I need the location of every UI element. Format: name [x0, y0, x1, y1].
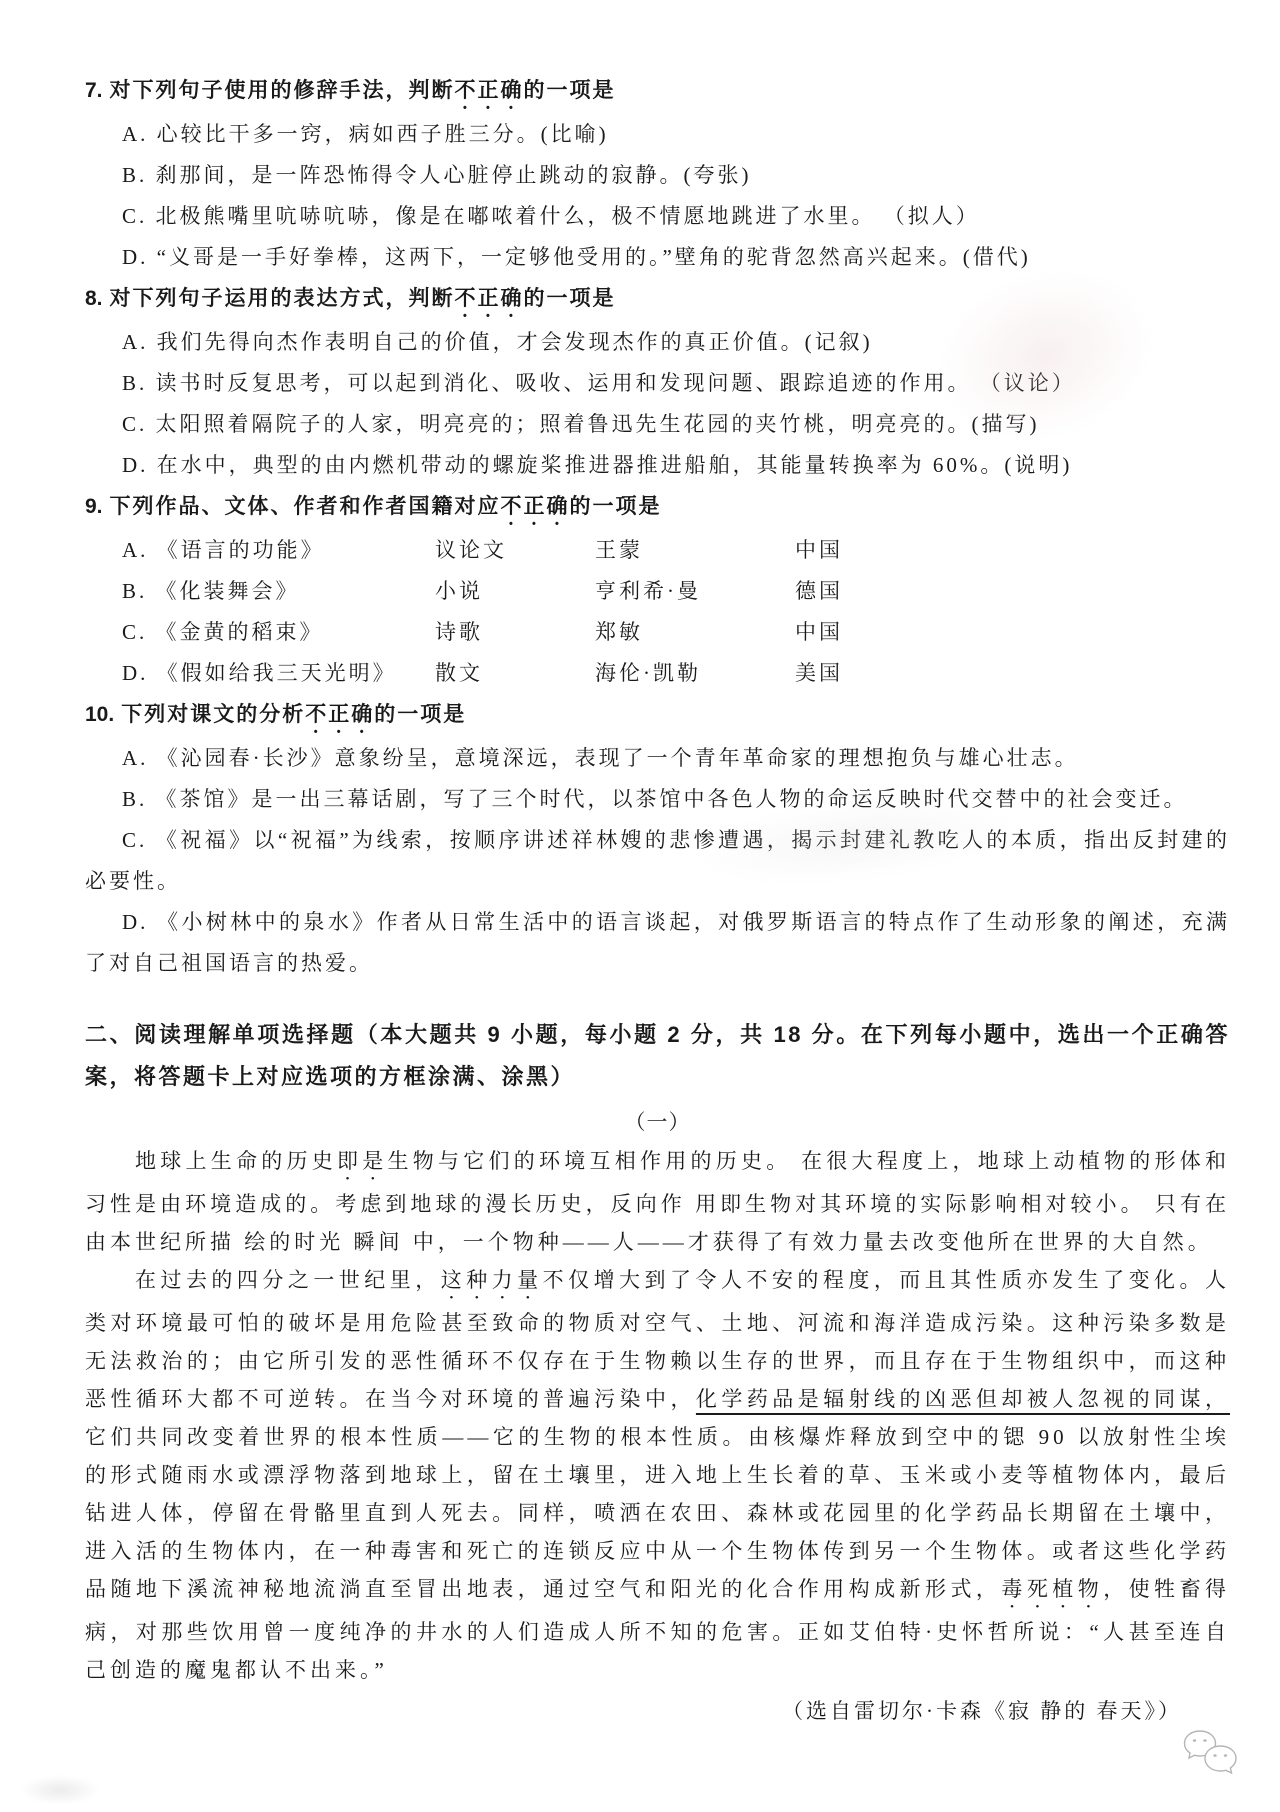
question-7-number: 7. — [85, 79, 103, 102]
question-8-option-c: C. 太阳照着隔院子的人家，明亮亮的；照着鲁迅先生花园的夹竹桃，明亮亮的。(描写… — [85, 404, 1230, 445]
question-8-stem-emphasis: 不正确 — [455, 287, 524, 310]
author-country: 中国 — [795, 612, 1230, 653]
question-9-stem-emphasis: 不正确 — [501, 495, 570, 518]
question-7-stem-tail: 的一项是 — [524, 79, 616, 102]
work-title: C. 《金黄的稻束》 — [122, 612, 435, 653]
passage-paragraph-1: 地球上生命的历史即是生物与它们的环境互相作用的历史。 在很大程度上，地球上动植物… — [85, 1142, 1230, 1261]
question-9-row-a: A. 《语言的功能》议论文王蒙中国 — [85, 530, 1230, 571]
work-title: D. 《假如给我三天光明》 — [122, 653, 435, 694]
passage-paragraph-2: 在过去的四分之一世纪里，这种力量不仅增大到了令人不安的程度，而且其性质亦发生了变… — [85, 1261, 1230, 1689]
question-8-stem-tail: 的一项是 — [524, 287, 616, 310]
question-10-option-a: A. 《沁园春·长沙》意象纷呈，意境深远，表现了一个青年革命家的理想抱负与雄心壮… — [85, 738, 1230, 779]
faint-watermark-smudge — [20, 1775, 100, 1805]
work-genre: 诗歌 — [435, 612, 595, 653]
work-title: B. 《化装舞会》 — [122, 571, 435, 612]
author-country: 德国 — [795, 571, 1230, 612]
question-7-option-b: B. 刹那间，是一阵恐怖得令人心脏停止跳动的寂静。(夸张) — [85, 155, 1230, 196]
question-8-option-b: B. 读书时反复思考，可以起到消化、吸收、运用和发现问题、跟踪追迹的作用。 （议… — [85, 363, 1230, 404]
question-7-option-a: A. 心较比干多一窍，病如西子胜三分。(比喻) — [85, 114, 1230, 155]
question-8: 8.对下列句子运用的表达方式，判断不正确的一项是 A. 我们先得向杰作表明自己的… — [85, 278, 1230, 486]
paragraph-text: 在过去的四分之一世纪里， — [135, 1268, 441, 1292]
work-author: 海伦·凯勒 — [595, 653, 795, 694]
work-author: 亨利希·曼 — [595, 571, 795, 612]
question-10-stem-tail: 的一项是 — [374, 703, 466, 726]
work-author: 郑敏 — [595, 612, 795, 653]
paragraph-emphasis: 毒死植物 — [1001, 1577, 1103, 1601]
work-genre: 散文 — [435, 653, 595, 694]
passage-number: （一） — [85, 1102, 1230, 1142]
reading-passage: 地球上生命的历史即是生物与它们的环境互相作用的历史。 在很大程度上，地球上动植物… — [85, 1142, 1230, 1689]
question-10-option-b: B. 《茶馆》是一出三幕话剧，写了三个时代，以茶馆中各色人物的命运反映时代交替中… — [85, 779, 1230, 820]
question-7-stem-text: 对下列句子使用的修辞手法，判断 — [110, 79, 455, 102]
question-10: 10.下列对课文的分析不正确的一项是 A. 《沁园春·长沙》意象纷呈，意境深远，… — [85, 694, 1230, 984]
paragraph-emphasis: 即是 — [337, 1149, 388, 1173]
exam-paper-page: 7.对下列句子使用的修辞手法，判断不正确的一项是 A. 心较比干多一窍，病如西子… — [0, 0, 1280, 1812]
work-genre: 小说 — [435, 571, 595, 612]
question-9-row-c: C. 《金黄的稻束》诗歌郑敏中国 — [85, 612, 1230, 653]
question-7-stem-emphasis: 不正确 — [455, 79, 524, 102]
question-10-option-c: C. 《祝福》以“祝福”为线索，按顺序讲述祥林嫂的悲惨遭遇，揭示封建礼教吃人的本… — [85, 820, 1230, 902]
section-2: 二、阅读理解单项选择题（本大题共 9 小题，每小题 2 分，共 18 分。在下列… — [85, 1014, 1230, 1730]
question-10-option-d: D. 《小树林中的泉水》作者从日常生活中的语言谈起，对俄罗斯语言的特点作了生动形… — [85, 902, 1230, 984]
question-9-stem: 9.下列作品、文体、作者和作者国籍对应不正确的一项是 — [85, 486, 1230, 530]
question-9-row-b: B. 《化装舞会》小说亨利希·曼德国 — [85, 571, 1230, 612]
question-7-option-d: D. “义哥是一手好拳棒，这两下，一定够他受用的。”壁角的驼背忽然高兴起来。(借… — [85, 237, 1230, 278]
question-8-stem-text: 对下列句子运用的表达方式，判断 — [110, 287, 455, 310]
wechat-logo-icon — [1181, 1727, 1239, 1783]
question-9-number: 9. — [85, 495, 103, 518]
question-8-option-d: D. 在水中，典型的由内燃机带动的螺旋桨推进器推进船舶，其能量转换率为 60%。… — [85, 445, 1230, 486]
question-7: 7.对下列句子使用的修辞手法，判断不正确的一项是 A. 心较比干多一窍，病如西子… — [85, 70, 1230, 278]
paragraph-underlined-text: 化学药品是辐射线的凶恶但却被人忽视的同谋， — [696, 1387, 1230, 1411]
work-genre: 议论文 — [435, 530, 595, 571]
question-9: 9.下列作品、文体、作者和作者国籍对应不正确的一项是 A. 《语言的功能》议论文… — [85, 486, 1230, 694]
author-country: 中国 — [795, 530, 1230, 571]
paragraph-text: 它们共同改变着世界的根本性质——它的生物的根本性质。由核爆炸释放到空中的锶 90… — [85, 1425, 1230, 1601]
paragraph-text: 地球上生命的历史 — [135, 1149, 337, 1173]
question-9-row-d: D. 《假如给我三天光明》散文海伦·凯勒美国 — [85, 653, 1230, 694]
page-content: 7.对下列句子使用的修辞手法，判断不正确的一项是 A. 心较比干多一窍，病如西子… — [85, 70, 1230, 1730]
section-2-heading: 二、阅读理解单项选择题（本大题共 9 小题，每小题 2 分，共 18 分。在下列… — [85, 1014, 1230, 1098]
question-7-option-c: C. 北极熊嘴里吭哧吭哧，像是在嘟哝着什么，极不情愿地跳进了水里。 （拟人） — [85, 196, 1230, 237]
question-9-stem-text: 下列作品、文体、作者和作者国籍对应 — [110, 495, 501, 518]
question-10-stem-emphasis: 不正确 — [305, 703, 374, 726]
question-10-number: 10. — [85, 703, 114, 726]
question-9-stem-tail: 的一项是 — [570, 495, 662, 518]
work-author: 王蒙 — [595, 530, 795, 571]
question-10-stem: 10.下列对课文的分析不正确的一项是 — [85, 694, 1230, 738]
author-country: 美国 — [795, 653, 1230, 694]
question-7-stem: 7.对下列句子使用的修辞手法，判断不正确的一项是 — [85, 70, 1230, 114]
work-title: A. 《语言的功能》 — [122, 530, 435, 571]
question-8-stem: 8.对下列句子运用的表达方式，判断不正确的一项是 — [85, 278, 1230, 322]
passage-attribution: （选自雷切尔·卡森《寂 静的 春天》） — [85, 1692, 1230, 1730]
paragraph-emphasis: 这种力量 — [441, 1268, 543, 1292]
question-10-stem-text: 下列对课文的分析 — [121, 703, 305, 726]
question-8-option-a: A. 我们先得向杰作表明自己的价值，才会发现杰作的真正价值。(记叙) — [85, 322, 1230, 363]
question-8-number: 8. — [85, 287, 103, 310]
